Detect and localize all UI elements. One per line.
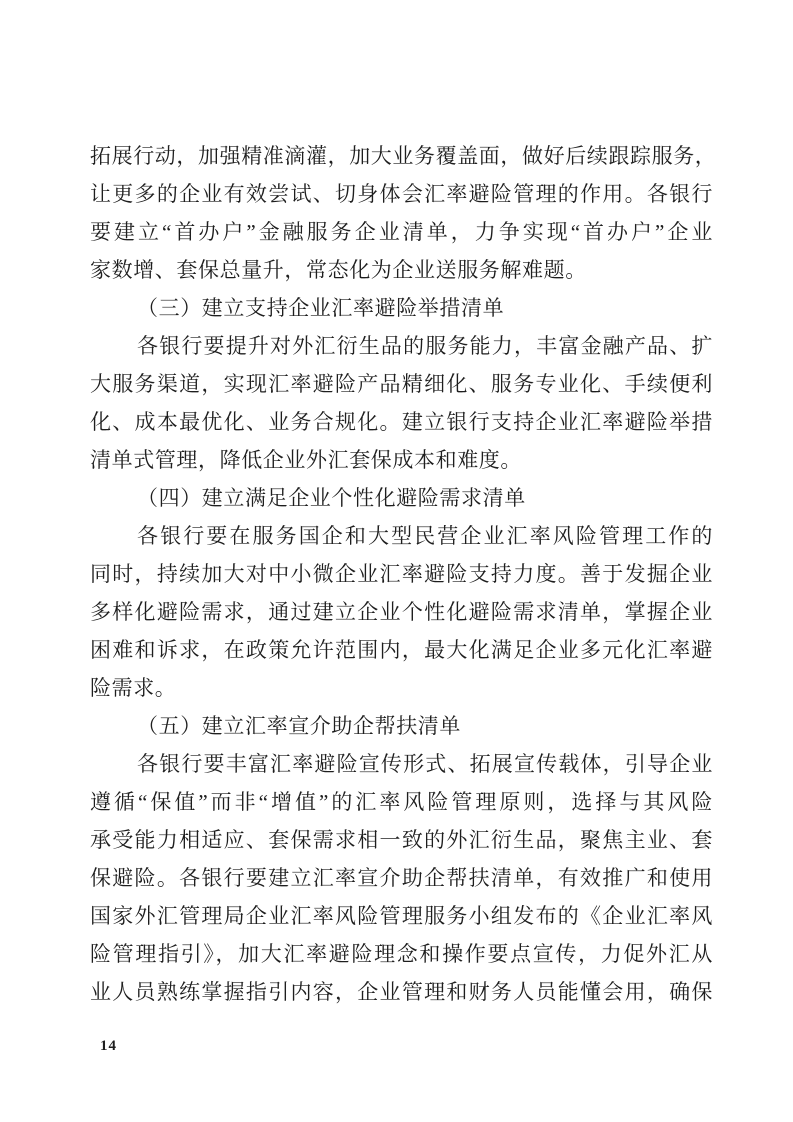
text-line: 让更多的企业有效尝试、切身体会汇率避险管理的作用。各银行: [90, 175, 713, 213]
text-line: 各银行要在服务国企和大型民营企业汇率风险管理工作的: [90, 517, 713, 555]
text-block: 拓展行动，加强精准滴灌，加大业务覆盖面，做好后续跟踪服务， 让更多的企业有效尝试…: [90, 137, 713, 1011]
text-line: 多样化避险需求，通过建立企业个性化避险需求清单，掌握企业: [90, 593, 713, 631]
text-line: 保避险。各银行要建立汇率宣介助企帮扶清单，有效推广和使用: [90, 859, 713, 897]
page-number: 14: [100, 1036, 117, 1056]
text-line: 家数增、套保总量升，常态化为企业送服务解难题。: [90, 251, 713, 289]
text-line: 承受能力相适应、套保需求相一致的外汇衍生品，聚焦主业、套: [90, 821, 713, 859]
section-heading: （五）建立汇率宣介助企帮扶清单: [90, 707, 713, 745]
text-line: 困难和诉求，在政策允许范围内，最大化满足企业多元化汇率避: [90, 631, 713, 669]
text-line: 清单式管理，降低企业外汇套保成本和难度。: [90, 441, 713, 479]
text-line: 遵循“保值”而非“增值”的汇率风险管理原则，选择与其风险: [90, 783, 713, 821]
text-line: 国家外汇管理局企业汇率风险管理服务小组发布的《企业汇率风: [90, 897, 713, 935]
text-line: 同时，持续加大对中小微企业汇率避险支持力度。善于发掘企业: [90, 555, 713, 593]
text-line: 化、成本最优化、业务合规化。建立银行支持企业汇率避险举措: [90, 403, 713, 441]
text-line: 业人员熟练掌握指引内容，企业管理和财务人员能懂会用，确保: [90, 973, 713, 1011]
document-page: 拓展行动，加强精准滴灌，加大业务覆盖面，做好后续跟踪服务， 让更多的企业有效尝试…: [0, 0, 793, 1122]
text-line: 险管理指引》，加大汇率避险理念和操作要点宣传，力促外汇从: [90, 935, 713, 973]
text-line: 拓展行动，加强精准滴灌，加大业务覆盖面，做好后续跟踪服务，: [90, 137, 713, 175]
text-line: 各银行要丰富汇率避险宣传形式、拓展宣传载体，引导企业: [90, 745, 713, 783]
text-line: 各银行要提升对外汇衍生品的服务能力，丰富金融产品、扩: [90, 327, 713, 365]
text-line: 险需求。: [90, 669, 713, 707]
section-heading: （四）建立满足企业个性化避险需求清单: [90, 479, 713, 517]
text-line: 要建立“首办户”金融服务企业清单，力争实现“首办户”企业: [90, 213, 713, 251]
text-line: 大服务渠道，实现汇率避险产品精细化、服务专业化、手续便利: [90, 365, 713, 403]
section-heading: （三）建立支持企业汇率避险举措清单: [90, 289, 713, 327]
